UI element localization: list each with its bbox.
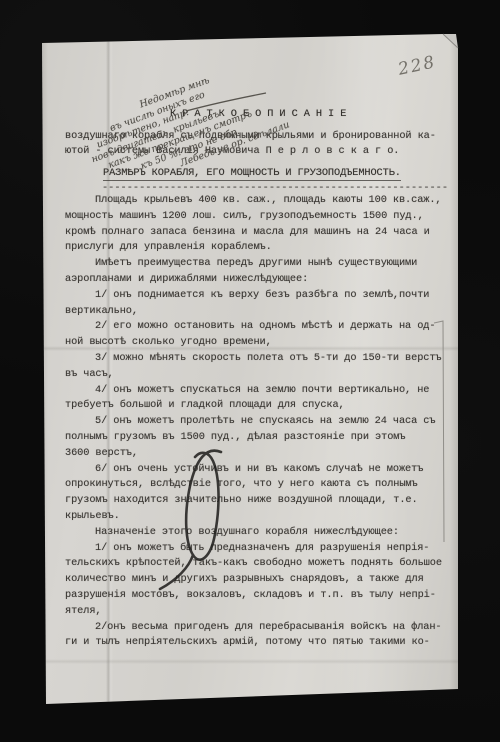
- typed-line: ги и тылъ непріятельскихъ армій, потому …: [65, 635, 442, 651]
- typed-line: грузомъ находится значительно ниже возду…: [65, 493, 442, 509]
- typed-line: разрушенія мостовъ, вокзаловъ, складовъ …: [65, 588, 442, 604]
- typed-line: требуетъ большой и гладкой площади для с…: [65, 398, 442, 414]
- typed-line: 3/ можно мѣнять скорость полета отъ 5-ти…: [65, 351, 442, 367]
- typed-line: 1/ онъ поднимается къ верху безъ разбѣга…: [65, 288, 442, 304]
- typed-line: Имѣетъ преимущества передъ другими нынѣ …: [65, 256, 442, 272]
- typed-line: аэропланами и дирижаблями нижеслѣдующее:: [65, 272, 442, 288]
- typed-line: ной высотѣ сколько угодно времени,: [65, 335, 442, 351]
- typed-line: количество минъ и другихъ разрывныхъ сна…: [65, 572, 442, 588]
- typed-line: тельскихъ крѣпостей, такъ-какъ свободно …: [65, 556, 442, 572]
- typed-line: 4/ онъ можетъ спускаться на землю почти …: [65, 383, 442, 399]
- typed-line: кромѣ полнаго запаса бензина и масла для…: [65, 225, 442, 241]
- typed-line: полнымъ грузомъ въ 1500 пуд., дѣлая разс…: [65, 430, 442, 446]
- typed-line: ятеля,: [65, 604, 442, 620]
- typed-line: въ часъ,: [65, 367, 442, 383]
- typed-line: 3600 верстъ,: [65, 446, 442, 462]
- typed-line: 2/онъ весьма пригоденъ для перебрасывані…: [65, 620, 442, 636]
- typed-line: 2/ его можно остановить на одномъ мѣстѣ …: [65, 319, 442, 335]
- typed-line: Площадь крыльевъ 400 кв. саж., площадь к…: [65, 193, 442, 209]
- typed-line: опрокинуться, вслѣдствіе того, что у нег…: [65, 477, 442, 493]
- typed-line: Назначеніе этого воздушнаго корабля ниже…: [65, 525, 442, 541]
- scanned-archive-page: { "page": { "page_number": "228", "backg…: [0, 0, 500, 742]
- typed-line: вертикально,: [65, 304, 442, 320]
- document-paper: К Р А Т К О Е О П И С А Н І Е воздушнаго…: [38, 30, 460, 706]
- horizontal-crease: [38, 659, 460, 664]
- typed-line: 1/ онъ можетъ быть предназначенъ для раз…: [65, 541, 442, 557]
- typed-body-text: Площадь крыльевъ 400 кв. саж., площадь к…: [65, 193, 442, 651]
- typed-line: 5/ онъ можетъ пролетѣть не спускаясь на …: [65, 414, 442, 430]
- typed-line: прислуги для управленія кораблемъ.: [65, 240, 442, 256]
- typed-line: крыльевъ.: [65, 509, 442, 525]
- typed-line: мощность машинъ 1200 лош. силъ, грузопод…: [65, 209, 442, 225]
- typed-line: 6/ онъ очень устойчивъ и ни въ какомъ сл…: [65, 462, 442, 478]
